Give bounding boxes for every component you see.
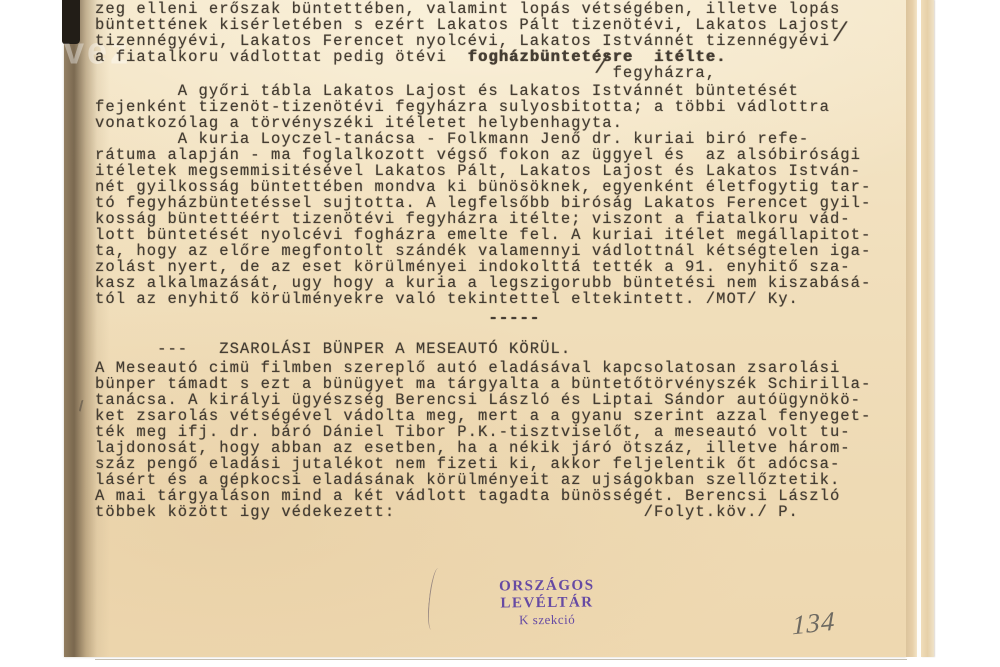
document-line: A Meseautó cimü filmben szereplő autó el… [95,360,907,376]
document-line: ----- [95,310,907,326]
document-line: itéletek megsemmisitésével Lakatos Pált,… [95,163,907,179]
document-line: lott büntetését nyolcévi fogházra emelte… [95,227,907,243]
document-line: fejenként tizenöt-tizenötévi fegyházra s… [95,99,907,115]
text-segment [95,309,488,327]
paragraph-kuria: A kuria Loyczel-tanácsa - Folkmann Jenő … [95,131,907,307]
scanned-document-page: vez zeg elleni erőszak büntettében, vala… [0,0,1000,667]
headline-zsarolasi-bunper: --- ZSAROLÁSI BÜNPER A MESEAUTÓ KÖRÜL. [95,341,907,357]
document-line: tizennégyévi, Lakatos Ferencet nyolcévi,… [95,33,907,49]
document-line: lajdonosát, hogy abban az esetben, ha a … [95,440,907,456]
document-line: ték meg ifj. dr. báró Dániel Tibor P.K.-… [95,424,907,440]
document-line: A győri tábla Lakatos Lajost és Lakatos … [95,83,907,99]
document-line: zeg elleni erőszak büntettében, valamint… [95,1,907,17]
document-line: száz pengő eladási jutalékot nem fizeti … [95,456,907,472]
handwritten-folio-number: 134 [792,606,835,642]
stamp-line-1: ORSZÁGOS LEVÉLTÁR [462,577,632,613]
section-divider: ----- [95,310,907,326]
document-line: zolást nyert, de az eset körülményei ind… [95,259,907,275]
document-line: A mai tárgyaláson mind a két vádlott tag… [95,488,907,504]
document-line: nét gyilkosság büntettében mondva ki bün… [95,179,907,195]
document-line: vonatkozólag a törvényszéki itéletet hel… [95,115,907,131]
insertion-line: / fegyházra, [95,65,907,81]
document-line: tanácsa. A királyi ügyészség Berencsi Lá… [95,392,907,408]
document-line: / fegyházra, [95,65,907,81]
document-line: A kuria Loyczel-tanácsa - Folkmann Jenő … [95,131,907,147]
document-line: kosság büntettéért tizenötévi fegyházra … [95,211,907,227]
document-line: többek között igy védekezett: /Folyt.köv… [95,504,907,520]
document-line: ta, hogy az előre megfontolt szándék val… [95,243,907,259]
paragraph-continuation: zeg elleni erőszak büntettében, valamint… [95,1,907,65]
scan-bottom-edge [95,659,907,660]
document-line: bünper támadt s ezt a bünügyet ma tárgya… [95,376,907,392]
document-text: zeg elleni erőszak büntettében, valamint… [95,1,907,520]
paragraph-meseauto: A Meseautó cimü filmben szereplő autó el… [95,360,907,520]
document-line: rátuma alapján - ma foglalkozott végső f… [95,147,907,163]
scan-edge-mark [62,0,80,44]
archive-stamp: ORSZÁGOS LEVÉLTÁR K szekció [462,577,633,628]
text-segment: ----- [488,309,540,327]
document-line: ket zsarolás vétségével vádolta meg, mer… [95,408,907,424]
text-segment: fegyházra, [602,64,716,82]
stamp-line-2: K szekció [462,611,632,628]
underlying-page-edge [921,0,934,657]
document-line: tó fegyházbüntetéssel sujtotta. A legfel… [95,195,907,211]
document-line: kasz alkalmazását, ugy hogy a kuria a le… [95,275,907,291]
document-line: --- ZSAROLÁSI BÜNPER A MESEAUTÓ KÖRÜL. [95,341,907,357]
paragraph-gyori-tabla: A győri tábla Lakatos Lajost és Lakatos … [95,83,907,131]
document-line: büntettének kisérletében s ezért Lakatos… [95,17,907,33]
document-line: a fiatalkoru vádlottat pedig ötévi foghá… [95,49,907,65]
document-line: lásért és a gépkocsi eladásának körülmén… [95,472,907,488]
page-edge [906,0,917,657]
document-line: tól az enyhitő körülményekre való tekint… [95,291,907,307]
text-segment [95,64,592,82]
